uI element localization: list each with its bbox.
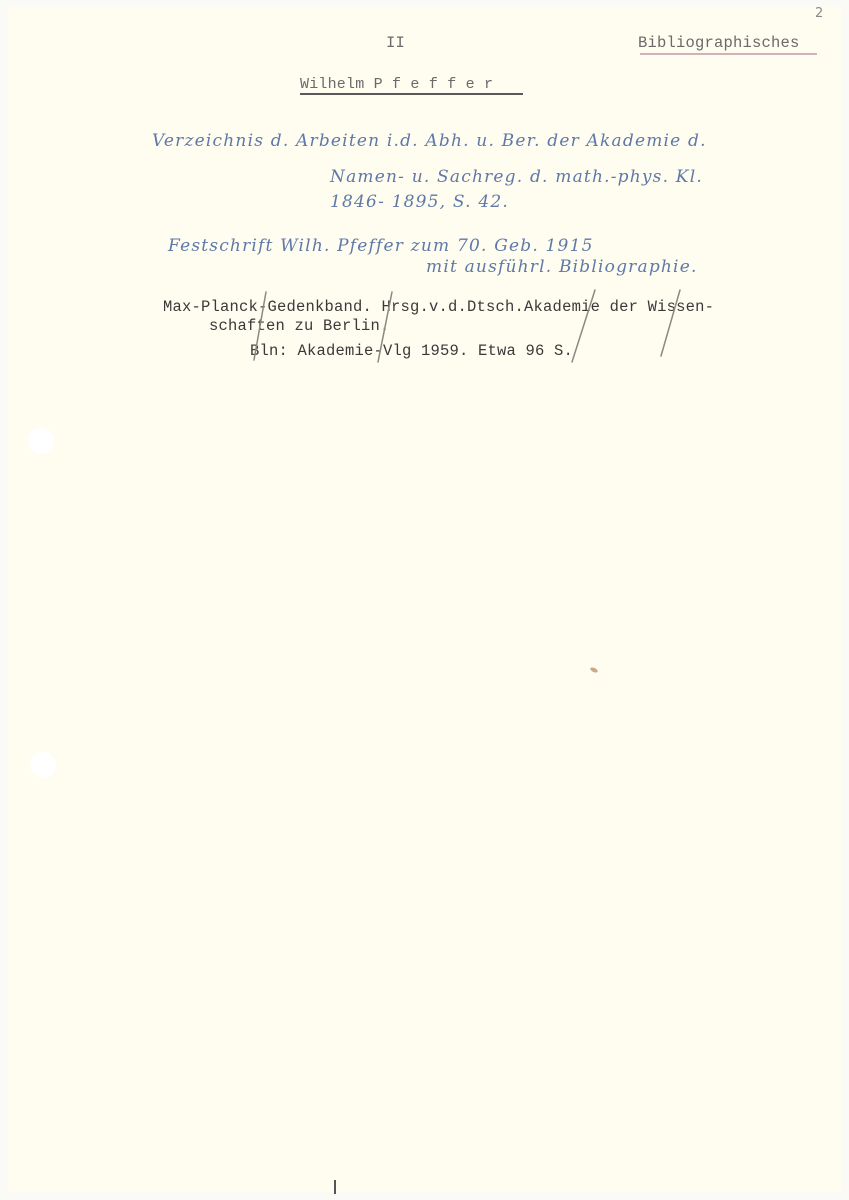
handwritten-note-1-line-1: Verzeichnis d. Arbeiten i.d. Abh. u. Ber… <box>152 131 707 151</box>
category-label: Bibliographisches <box>638 34 800 52</box>
subject-name: Wilhelm P f e f f e r <box>300 76 493 93</box>
section-number: II <box>386 34 405 52</box>
page-mark: 2 <box>815 6 823 21</box>
handwritten-note-1-line-3: 1846- 1895, S. 42. <box>330 192 509 212</box>
punch-hole-bottom <box>30 752 56 778</box>
punch-hole-top <box>28 428 54 454</box>
handwritten-note-1-line-2: Namen- u. Sachreg. d. math.-phys. Kl. <box>330 167 703 187</box>
bottom-edge-mark <box>334 1180 336 1194</box>
handwritten-note-2-line-1: Festschrift Wilh. Pfeffer zum 70. Geb. 1… <box>168 236 594 256</box>
typed-entry-line-3: Bln: Akademie-Vlg 1959. Etwa 96 S. <box>250 342 573 360</box>
typed-entry-line-2: schaften zu Berlin. <box>209 317 390 335</box>
handwritten-note-2-line-2: mit ausführl. Bibliographie. <box>426 257 698 277</box>
category-underline <box>640 53 817 55</box>
subject-underline <box>300 93 523 95</box>
typed-entry-line-1: Max-Planck-Gedenkband. Hrsg.v.d.Dtsch.Ak… <box>163 298 714 316</box>
